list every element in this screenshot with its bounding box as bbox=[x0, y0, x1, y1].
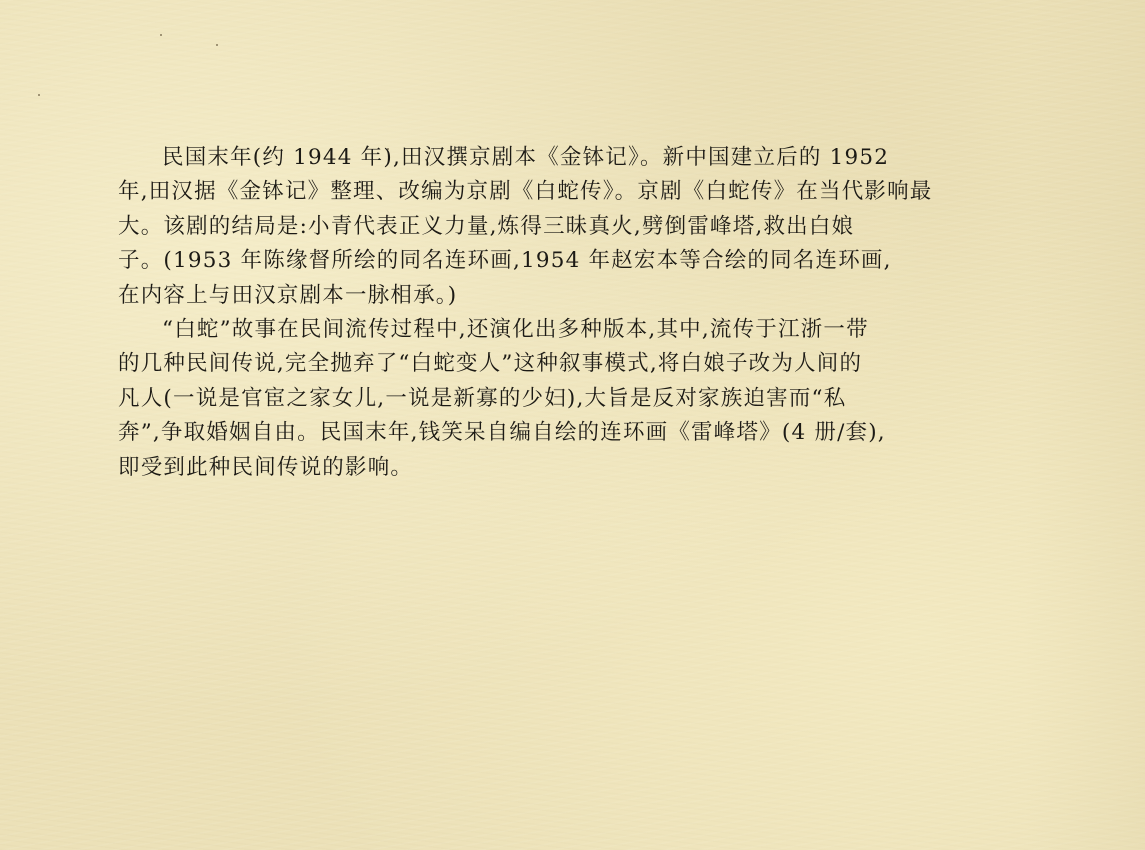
paragraph-2: “白蛇”故事在民间流传过程中,还演化出多种版本,其中,流传于江浙一带 的几种民间… bbox=[118, 313, 1038, 485]
paper-speck bbox=[160, 34, 162, 36]
paper-speck bbox=[216, 44, 218, 46]
text-line: 年,田汉据《金钵记》整理、改编为京剧《白蛇传》。京剧《白蛇传》在当代影响最 bbox=[118, 175, 1038, 209]
text-line: 奔”,争取婚姻自由。民国末年,钱笑呆自编自绘的连环画《雷峰塔》(4 册/套), bbox=[118, 416, 1038, 450]
scanned-page: 民国末年(约 1944 年),田汉撰京剧本《金钵记》。新中国建立后的 1952 … bbox=[0, 0, 1145, 850]
paragraph-1: 民国末年(约 1944 年),田汉撰京剧本《金钵记》。新中国建立后的 1952 … bbox=[118, 141, 1038, 313]
text-line: 民国末年(约 1944 年),田汉撰京剧本《金钵记》。新中国建立后的 1952 bbox=[118, 141, 1038, 175]
paper-speck bbox=[38, 94, 40, 96]
text-line: 的几种民间传说,完全抛弃了“白蛇变人”这种叙事模式,将白娘子改为人间的 bbox=[118, 347, 1038, 381]
body-text: 民国末年(约 1944 年),田汉撰京剧本《金钵记》。新中国建立后的 1952 … bbox=[118, 141, 1038, 485]
text-line: 大。该剧的结局是:小青代表正义力量,炼得三昧真火,劈倒雷峰塔,救出白娘 bbox=[118, 210, 1038, 244]
text-line: 在内容上与田汉京剧本一脉相承。) bbox=[118, 279, 1038, 313]
text-line: 即受到此种民间传说的影响。 bbox=[118, 451, 1038, 485]
text-line: 子。(1953 年陈缘督所绘的同名连环画,1954 年赵宏本等合绘的同名连环画, bbox=[118, 244, 1038, 278]
paper-edge-shade bbox=[1025, 0, 1145, 850]
text-line: “白蛇”故事在民间流传过程中,还演化出多种版本,其中,流传于江浙一带 bbox=[118, 313, 1038, 347]
text-line: 凡人(一说是官宦之家女儿,一说是新寡的少妇),大旨是反对家族迫害而“私 bbox=[118, 382, 1038, 416]
